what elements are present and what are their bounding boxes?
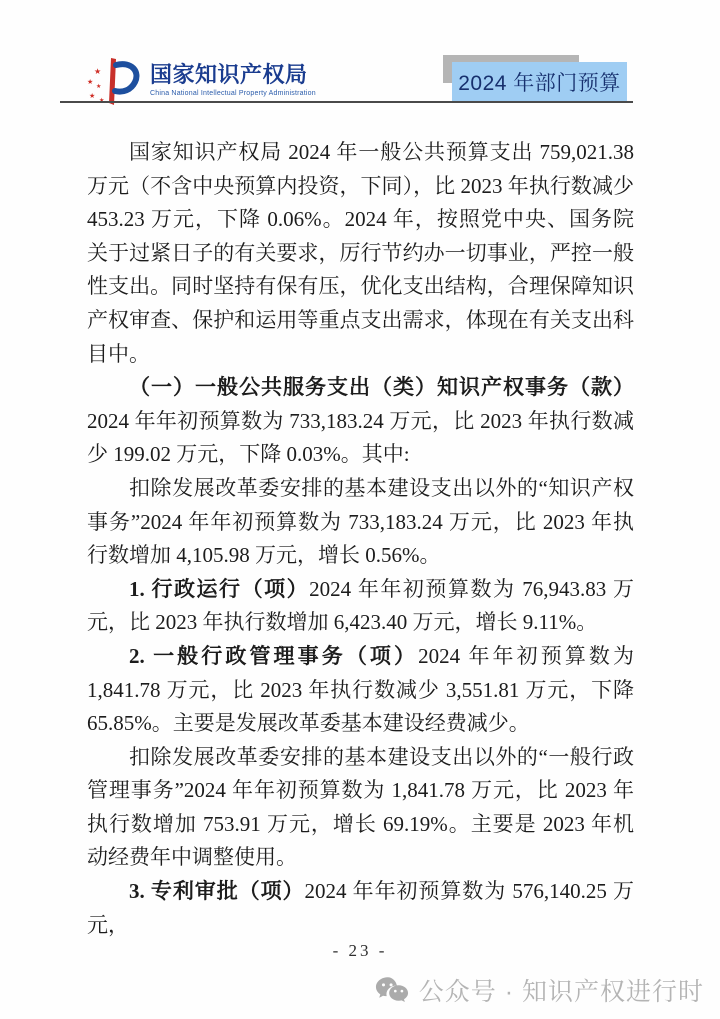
svg-text:★: ★: [87, 78, 93, 86]
page-number: - 23 -: [0, 941, 720, 961]
paragraph-lead: 3. 专利审批（项）: [129, 879, 304, 903]
logo-titles: 国家知识产权局 China National Intellectual Prop…: [150, 58, 316, 97]
paragraph: 扣除发展改革委安排的基本建设支出以外的“知识产权事务”2024 年年初预算数为 …: [87, 472, 634, 573]
cnipa-emblem-icon: ★ ★ ★ ★ ★: [86, 58, 144, 106]
svg-text:★: ★: [89, 92, 95, 100]
paragraph: 2. 一般行政管理事务（项）2024 年年初预算数为 1,841.78 万元，比…: [87, 640, 634, 741]
paragraph: 扣除发展改革委安排的基本建设支出以外的“一般行政管理事务”2024 年年初预算数…: [87, 741, 634, 875]
agency-name-cn: 国家知识产权局: [150, 62, 316, 88]
agency-logo: ★ ★ ★ ★ ★ 国家知识产权局 China National Intelle…: [86, 58, 316, 106]
svg-text:★: ★: [94, 67, 101, 76]
paragraph-lead: 2. 一般行政管理事务（项）: [129, 644, 418, 668]
wechat-icon: [375, 976, 409, 1005]
budget-year-badge-group: 2024 年部门预算: [443, 55, 633, 105]
agency-name-en: China National Intellectual Property Adm…: [150, 90, 316, 97]
svg-text:★: ★: [96, 83, 101, 90]
document-body: 国家知识产权局 2024 年一般公共预算支出 759,021.38 万元（不含中…: [87, 136, 634, 942]
paragraph-lead: 1. 行政运行（项）: [129, 577, 309, 601]
watermark: 公众号 · 知识产权进行时: [375, 972, 704, 1008]
watermark-text: 公众号 · 知识产权进行时: [419, 972, 704, 1008]
header-divider: [60, 101, 633, 103]
paragraph: 国家知识产权局 2024 年一般公共预算支出 759,021.38 万元（不含中…: [87, 136, 634, 371]
paragraph: 1. 行政运行（项）2024 年年初预算数为 76,943.83 万元，比 20…: [87, 573, 634, 640]
budget-year-badge: 2024 年部门预算: [452, 62, 627, 102]
paragraph-lead: （一）一般公共服务支出（类）知识产权事务（款）: [129, 375, 634, 399]
paragraph: （一）一般公共服务支出（类）知识产权事务（款）2024 年年初预算数为 733,…: [87, 371, 634, 472]
paragraph: 3. 专利审批（项）2024 年年初预算数为 576,140.25 万元，: [87, 875, 634, 942]
